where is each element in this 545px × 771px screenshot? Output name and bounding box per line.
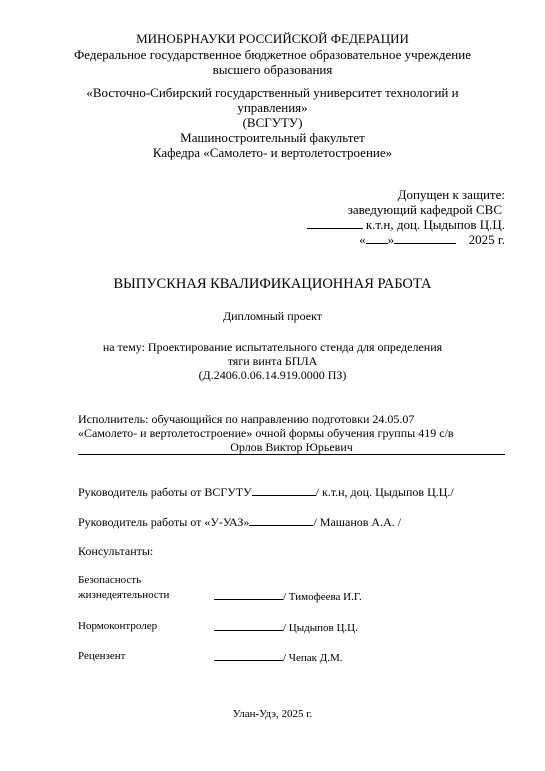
- supervisor-signature: / Машанов А.А. /: [313, 515, 401, 529]
- institution-type-line-1: Федеральное государственное бюджетное об…: [0, 47, 545, 62]
- consultant-label-safety-2: жизнедеятельности: [78, 589, 169, 602]
- university-name-line-2: управления»: [0, 100, 545, 115]
- supervisor-row-uuaz: Руководитель работы от «У-УАЗ»/ Машанов …: [78, 515, 401, 529]
- consultant-signature: / Тимофеева И.Г.: [283, 591, 362, 603]
- day-blank: [366, 232, 388, 244]
- consultant-row-safety: / Тимофеева И.Г.: [214, 589, 362, 604]
- institution-type-line-2: высшего образования: [0, 62, 545, 77]
- supervisor-label: Руководитель работы от «У-УАЗ»: [78, 515, 249, 529]
- topic-line-1: на тему: Проектирование испытательного с…: [0, 340, 545, 354]
- month-blank: [394, 232, 456, 244]
- signature-blank: [252, 485, 316, 496]
- admitted-label: Допущен к защите:: [398, 187, 505, 202]
- consultant-signature: / Цыдыпов Ц.Ц.: [283, 622, 358, 634]
- consultant-label-reviewer: Рецензент: [78, 650, 125, 663]
- supervisor-label: Руководитель работы от ВСГУТУ: [78, 485, 252, 499]
- signature-blank: [307, 217, 363, 229]
- university-name-line-1: «Восточно-Сибирский государственный унив…: [0, 85, 545, 100]
- faculty-name: Машиностроительный факультет: [0, 130, 545, 145]
- signature-blank: [214, 650, 283, 661]
- topic-line-2: тяги винта БПЛА: [0, 354, 545, 368]
- ministry-name: МИНОБРНАУКИ РОССИЙСКОЙ ФЕДЕРАЦИИ: [0, 31, 545, 46]
- head-signatory: к.т.н, доц. Цыдыпов Ц.Ц.: [366, 217, 505, 232]
- supervisor-signature: / к.т.н, доц. Цыдыпов Ц.Ц./: [316, 485, 454, 499]
- performer-name-underline: [78, 454, 505, 455]
- university-abbreviation: (ВСГУТУ): [0, 115, 545, 130]
- consultant-label-safety-1: Безопасность: [78, 574, 141, 587]
- consultant-signature: / Чепак Д.М.: [283, 652, 343, 664]
- signature-blank: [214, 620, 283, 631]
- performer-line-2: «Самолето- и вертолетостроение» очной фо…: [78, 426, 454, 440]
- department-name: Кафедра «Самолето- и вертолетостроение»: [0, 145, 545, 160]
- consultants-heading: Консультанты:: [78, 544, 153, 558]
- consultant-row-normcontrol: / Цыдыпов Ц.Ц.: [214, 620, 358, 635]
- performer-name: Орлов Виктор Юрьевич: [78, 440, 505, 454]
- head-signature-line: к.т.н, доц. Цыдыпов Ц.Ц.: [307, 217, 505, 232]
- supervisor-row-vsgutu: Руководитель работы от ВСГУТУ/ к.т.н, до…: [78, 485, 454, 499]
- document-title: ВЫПУСКНАЯ КВАЛИФИКАЦИОННАЯ РАБОТА: [0, 276, 545, 292]
- document-code: (Д.2406.0.06.14.919.0000 ПЗ): [0, 368, 545, 382]
- head-of-department-label: заведующий кафедрой СВС: [348, 202, 502, 217]
- document-type: Дипломный проект: [0, 309, 545, 323]
- consultant-row-reviewer: / Чепак Д.М.: [214, 650, 343, 665]
- signature-blank: [214, 589, 283, 600]
- signature-blank: [249, 515, 313, 526]
- performer-line-1: Исполнитель: обучающийся по направлению …: [78, 412, 414, 426]
- consultant-label-normcontrol: Нормоконтролер: [78, 620, 157, 633]
- approval-year: 2025 г.: [469, 232, 505, 247]
- city-year: Улан-Удэ, 2025 г.: [0, 708, 545, 721]
- approval-date-line: «» 2025 г.: [359, 232, 505, 247]
